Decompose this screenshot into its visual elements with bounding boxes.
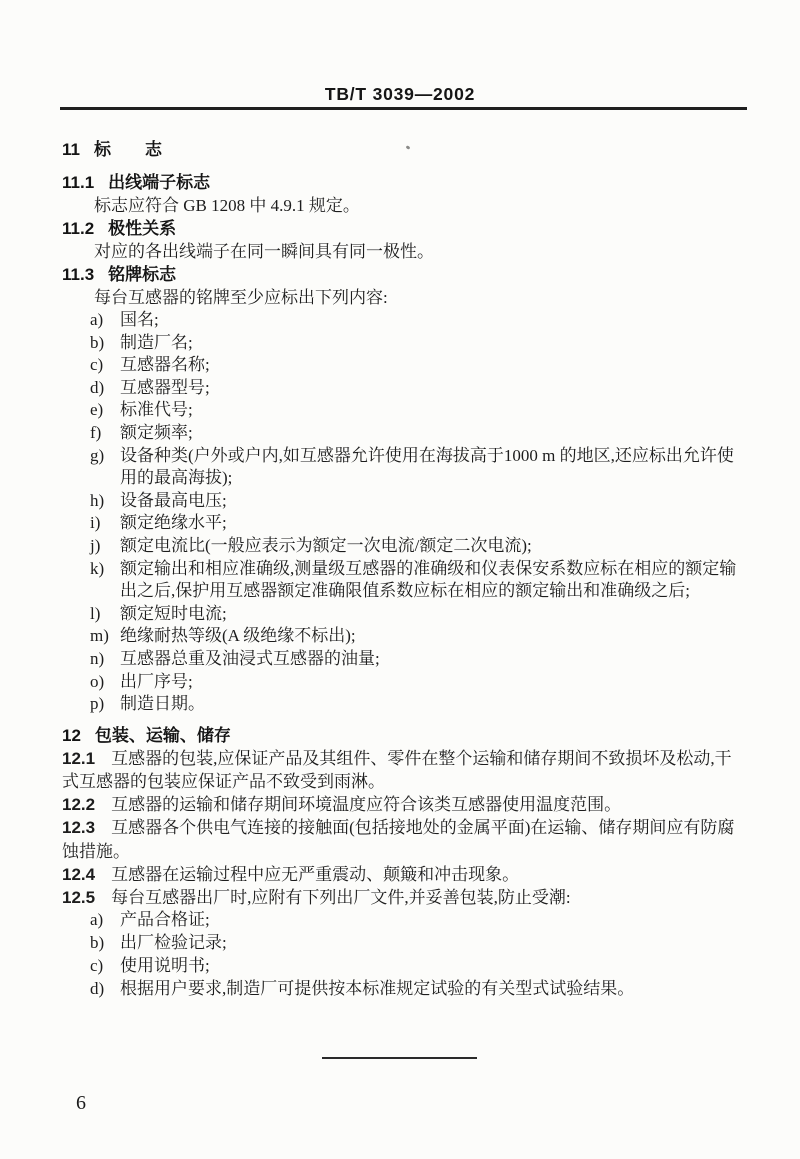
list-item-text: 额定绝缘水平;	[120, 512, 746, 535]
list-item-text: 额定短时电流;	[120, 603, 746, 626]
section-11-title: 标 志	[94, 140, 162, 159]
clause-12-1: 12.1互感器的包装,应保证产品及其组件、零件在整个运输和储存期间不致损坏及松动…	[62, 747, 746, 793]
list-item-label: c)	[90, 955, 120, 978]
list-item: c)互感器名称;	[62, 354, 746, 377]
document-content: 11标 志 11.1出线端子标志 标志应符合 GB 1208 中 4.9.1 规…	[62, 138, 746, 1000]
clause-12-2-number: 12.2	[62, 795, 95, 814]
list-item-text: 出厂序号;	[120, 671, 746, 694]
clause-12-3-number: 12.3	[62, 818, 95, 837]
page-header: TB/T 3039—2002	[0, 84, 800, 105]
list-item-text: 制造厂名;	[120, 332, 746, 355]
list-item: j)额定电流比(一般应表示为额定一次电流/额定二次电流);	[62, 535, 746, 558]
list-item-label: j)	[90, 535, 120, 558]
clause-12-5-number: 12.5	[62, 888, 95, 907]
list-item-label: c)	[90, 354, 120, 377]
list-item: i)额定绝缘水平;	[62, 512, 746, 535]
clause-12-4: 12.4互感器在运输过程中应无严重震动、颠簸和冲击现象。	[62, 863, 746, 886]
list-item: o)出厂序号;	[62, 671, 746, 694]
list-item-text: 互感器型号;	[120, 377, 746, 400]
clause-11-1-body: 标志应符合 GB 1208 中 4.9.1 规定。	[62, 194, 746, 217]
list-item: c)使用说明书;	[62, 955, 746, 978]
clause-12-5: 12.5每台互感器出厂时,应附有下列出厂文件,并妥善包装,防止受潮:	[62, 886, 746, 909]
list-item-label: b)	[90, 932, 120, 955]
list-item-text: 额定电流比(一般应表示为额定一次电流/额定二次电流);	[120, 535, 746, 558]
list-item-label: d)	[90, 377, 120, 400]
end-of-text-rule	[322, 1057, 477, 1059]
clause-12-3: 12.3互感器各个供电气连接的接触面(包括接地处的金属平面)在运输、储存期间应有…	[62, 816, 746, 862]
section-12-heading: 12包装、运输、储存	[62, 724, 746, 747]
section-12-number: 12	[62, 724, 81, 747]
clause-11-2-number: 11.2	[62, 217, 94, 240]
list-item-label: a)	[90, 309, 120, 332]
clause-12-3-text: 互感器各个供电气连接的接触面(包括接地处的金属平面)在运输、储存期间应有防腐蚀措…	[62, 818, 734, 860]
list-item-label: p)	[90, 693, 120, 716]
list-item-label: a)	[90, 909, 120, 932]
doc-number: TB/T 3039—2002	[325, 84, 475, 104]
list-item-label: d)	[90, 978, 120, 1001]
clause-12-1-number: 12.1	[62, 749, 95, 768]
list-item: k)额定输出和相应准确级,测量级互感器的准确级和仪表保安系数应标在相应的额定输出…	[62, 558, 746, 603]
list-item-text: 标准代号;	[120, 399, 746, 422]
clause-12-2-text: 互感器的运输和储存期间环境温度应符合该类互感器使用温度范围。	[111, 795, 621, 814]
clause-11-3-number: 11.3	[62, 263, 94, 286]
list-item-text: 额定频率;	[120, 422, 746, 445]
list-item-label: k)	[90, 558, 120, 581]
list-item: n)互感器总重及油浸式互感器的油量;	[62, 648, 746, 671]
clause-11-1-heading: 11.1出线端子标志	[62, 171, 746, 194]
clause-11-2-heading: 11.2极性关系	[62, 217, 746, 240]
document-page: TB/T 3039—2002 11标 志 11.1出线端子标志 标志应符合 GB…	[0, 0, 800, 1159]
section-11-heading: 11标 志	[62, 138, 746, 161]
list-item-text: 出厂检验记录;	[120, 932, 746, 955]
list-item-label: b)	[90, 332, 120, 355]
list-item-text: 设备种类(户外或户内,如互感器允许使用在海拔高于1000 m 的地区,还应标出允…	[120, 445, 746, 490]
clause-12-5-text: 每台互感器出厂时,应附有下列出厂文件,并妥善包装,防止受潮:	[111, 888, 570, 907]
list-item: a)产品合格证;	[62, 909, 746, 932]
list-item-label: g)	[90, 445, 120, 468]
list-item: g)设备种类(户外或户内,如互感器允许使用在海拔高于1000 m 的地区,还应标…	[62, 445, 746, 490]
list-item: d)根据用户要求,制造厂可提供按本标准规定试验的有关型式试验结果。	[62, 978, 746, 1001]
list-item-text: 使用说明书;	[120, 955, 746, 978]
list-item-label: i)	[90, 512, 120, 535]
list-item-label: l)	[90, 603, 120, 626]
header-rule	[60, 107, 747, 110]
clause-11-2-body: 对应的各出线端子在同一瞬间具有同一极性。	[62, 240, 746, 263]
list-item: b)制造厂名;	[62, 332, 746, 355]
list-item-label: e)	[90, 399, 120, 422]
clause-11-3-heading: 11.3铭牌标志	[62, 263, 746, 286]
list-item-label: m)	[90, 625, 120, 648]
nameplate-items-list: a)国名; b)制造厂名; c)互感器名称; d)互感器型号; e)标准代号; …	[62, 309, 746, 716]
list-item-text: 产品合格证;	[120, 909, 746, 932]
list-item-text: 绝缘耐热等级(A 级绝缘不标出);	[120, 625, 746, 648]
section-11-number: 11	[62, 138, 80, 161]
list-item-text: 互感器名称;	[120, 354, 746, 377]
clause-11-2-title: 极性关系	[108, 219, 176, 238]
list-item-text: 制造日期。	[120, 693, 746, 716]
list-item-text: 根据用户要求,制造厂可提供按本标准规定试验的有关型式试验结果。	[120, 978, 746, 1001]
clause-11-3-intro: 每台互感器的铭牌至少应标出下列内容:	[62, 286, 746, 309]
list-item: l)额定短时电流;	[62, 603, 746, 626]
list-item-text: 国名;	[120, 309, 746, 332]
clause-12-4-text: 互感器在运输过程中应无严重震动、颠簸和冲击现象。	[111, 865, 519, 884]
list-item: p)制造日期。	[62, 693, 746, 716]
clause-12-1-text: 互感器的包装,应保证产品及其组件、零件在整个运输和储存期间不致损坏及松动,干式互…	[62, 749, 732, 791]
list-item-text: 互感器总重及油浸式互感器的油量;	[120, 648, 746, 671]
list-item-label: n)	[90, 648, 120, 671]
clause-11-3-title: 铭牌标志	[108, 265, 176, 284]
clause-12-2: 12.2互感器的运输和储存期间环境温度应符合该类互感器使用温度范围。	[62, 793, 746, 816]
list-item: h)设备最高电压;	[62, 490, 746, 513]
list-item: e)标准代号;	[62, 399, 746, 422]
list-item-text: 设备最高电压;	[120, 490, 746, 513]
list-item-label: o)	[90, 671, 120, 694]
clause-11-1-number: 11.1	[62, 171, 94, 194]
list-item: m)绝缘耐热等级(A 级绝缘不标出);	[62, 625, 746, 648]
clause-11-1-title: 出线端子标志	[108, 173, 210, 192]
list-item: f)额定频率;	[62, 422, 746, 445]
list-item-label: h)	[90, 490, 120, 513]
clause-12-4-number: 12.4	[62, 865, 95, 884]
section-12-title: 包装、运输、储存	[95, 726, 231, 745]
page-number: 6	[76, 1092, 86, 1115]
factory-documents-list: a)产品合格证; b)出厂检验记录; c)使用说明书; d)根据用户要求,制造厂…	[62, 909, 746, 1000]
list-item: b)出厂检验记录;	[62, 932, 746, 955]
list-item-text: 额定输出和相应准确级,测量级互感器的准确级和仪表保安系数应标在相应的额定输出之后…	[120, 558, 746, 603]
list-item: d)互感器型号;	[62, 377, 746, 400]
list-item-label: f)	[90, 422, 120, 445]
list-item: a)国名;	[62, 309, 746, 332]
